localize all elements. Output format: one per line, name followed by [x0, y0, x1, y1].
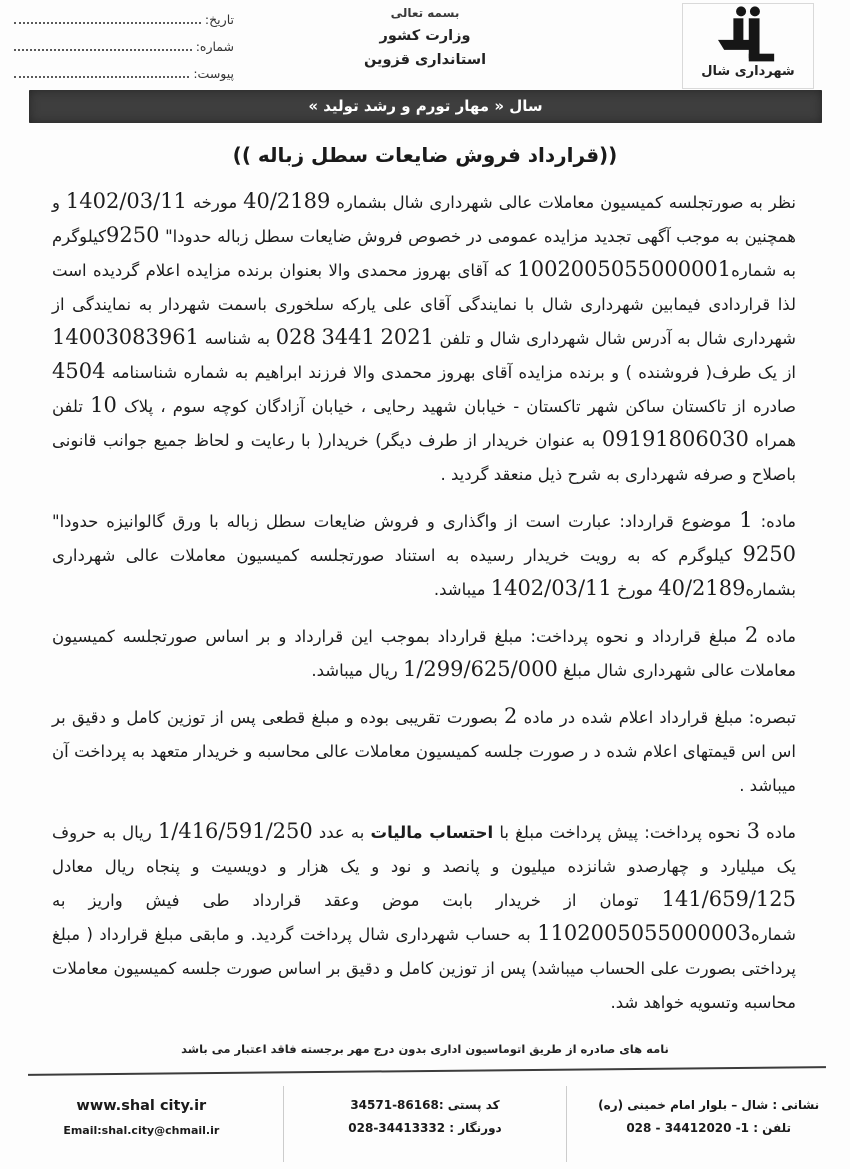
contract-body: نظر به صورتجلسه کمیسیون معاملات عالی شهر…	[52, 186, 796, 1033]
article-1-paragraph: ماده: 1 موضوع قرارداد: عبارت است از واگذ…	[52, 505, 796, 607]
document-title: ((قرارداد فروش ضایعات سطل زباله ))	[0, 143, 850, 167]
footer-address-column: نشانی : شال – بلوار امام خمینی (ره) تلفن…	[567, 1086, 850, 1162]
footer-contact-columns: نشانی : شال – بلوار امام خمینی (ره) تلفن…	[0, 1086, 850, 1162]
fax-value: 028-34413332	[348, 1121, 445, 1135]
website-line: www.shal city.ir	[0, 1098, 283, 1114]
logo-caption: شهرداری شال	[683, 64, 813, 79]
date-field-blank	[14, 22, 201, 24]
fax-label: دورنگار :	[445, 1121, 502, 1135]
article-3-post: به عدد 1/416/591/250 ریال به حروف یک میل…	[52, 823, 796, 1012]
header-center: بسمه تعالی وزارت کشور استانداری قزوین	[260, 6, 590, 68]
municipality-logo: شهرداری شال	[682, 3, 814, 89]
footer-divider-line	[28, 1066, 826, 1076]
ministry-title: وزارت کشور	[260, 28, 590, 44]
number-field-label: شماره:	[196, 39, 234, 54]
date-field-label: تاریخ:	[205, 12, 234, 27]
scanned-contract-page: تاریخ: شماره: پیوست: بسمه تعالی وزارت کش…	[0, 0, 850, 1169]
article-2-paragraph: ماده 2 مبلغ قرارداد و نحوه پرداخت: مبلغ …	[52, 620, 796, 688]
footer-web-column: www.shal city.ir Email:shal.city@chmail.…	[0, 1086, 284, 1162]
phone-label: تلفن :	[749, 1121, 791, 1135]
date-field: تاریخ:	[14, 12, 234, 27]
year-slogan-banner: سال « مهار تورم و رشد تولید »	[29, 90, 822, 123]
number-field: شماره:	[14, 39, 234, 54]
article-3-bold-phrase: احتساب مالیات	[371, 823, 494, 842]
postal-code-line: کد پستی :34571-86168	[284, 1098, 567, 1112]
opening-paragraph: نظر به صورتجلسه کمیسیون معاملات عالی شهر…	[52, 186, 796, 492]
phone-value: 028 - 34412020 -1	[626, 1121, 749, 1135]
fax-line: دورنگار : 028-34413332	[284, 1121, 567, 1135]
address-line: نشانی : شال – بلوار امام خمینی (ره)	[567, 1098, 850, 1112]
article-3-pre: ماده 3 نحوه پرداخت: پیش پرداخت مبلغ با	[493, 823, 796, 842]
municipality-emblem-icon	[683, 6, 813, 66]
number-field-blank	[14, 49, 192, 51]
bismillah-text: بسمه تعالی	[260, 6, 590, 20]
postal-code-label: کد پستی :	[439, 1098, 500, 1112]
footer-postal-column: کد پستی :34571-86168 دورنگار : 028-34413…	[284, 1086, 568, 1162]
attachment-field: پیوست:	[14, 66, 234, 81]
postal-code-value: 34571-86168	[350, 1098, 438, 1112]
attachment-field-blank	[14, 76, 189, 78]
attachment-field-label: پیوست:	[193, 66, 234, 81]
footer-notice: نامه های صادره از طریق اتوماسیون اداری ب…	[0, 1042, 850, 1056]
email-line: Email:shal.city@chmail.ir	[0, 1124, 283, 1137]
header-form-fields: تاریخ: شماره: پیوست:	[14, 12, 234, 93]
note-paragraph: تبصره: مبلغ قرارداد اعلام شده در ماده 2 …	[52, 701, 796, 803]
phone-line: تلفن : 028 - 34412020 -1	[567, 1121, 850, 1135]
article-3-paragraph: ماده 3 نحوه پرداخت: پیش پرداخت مبلغ با ا…	[52, 816, 796, 1020]
governorate-title: استانداری قزوین	[260, 52, 590, 68]
